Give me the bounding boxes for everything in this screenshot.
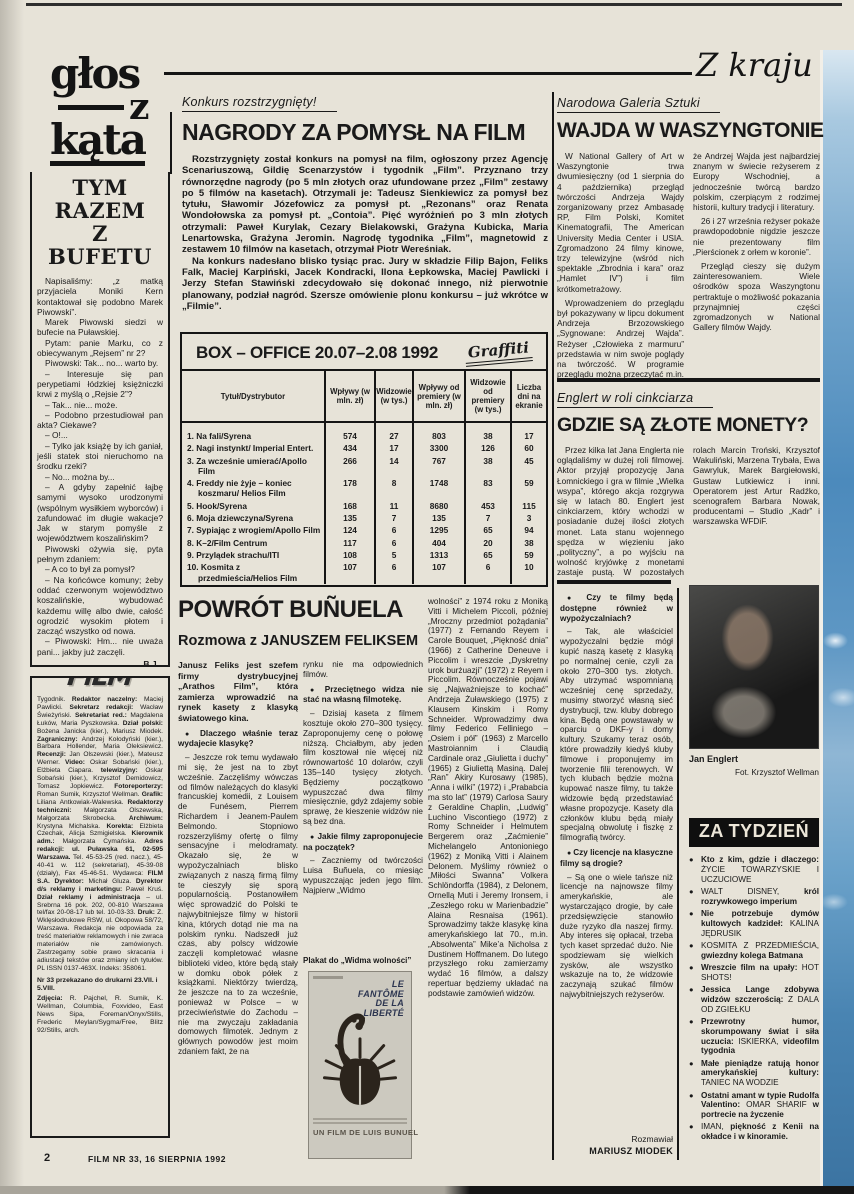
list-item: KOSMITA Z PRZEDMIEŚCIA, gwiezdny kolega … [689, 941, 819, 961]
cell-wplywy: 574 [324, 423, 374, 442]
cell-widzowie-premiera: 38 [464, 455, 510, 478]
felieton-title-line: Z BUFETU [37, 222, 163, 268]
cell-widzowie-premiera: 453 [464, 500, 510, 512]
cell-widzowie-premiera: 38 [464, 423, 510, 442]
list-item: Nie potrzebuje dymów kultowych kadzideł:… [689, 909, 819, 938]
article-body: W National Gallery of Art w Waszyngtonie… [557, 151, 820, 388]
column-rule [170, 112, 172, 174]
list-item: Jessica Lange zdobywa widzów szczerością… [689, 985, 819, 1014]
interview-column-4-text: Czy te filmy będą dostępne również w wyp… [560, 593, 673, 1000]
cell-title: 6. Moja dziewczyna/Syrena [182, 512, 324, 524]
logo-word-glos: głos [50, 54, 168, 94]
table: Tytuł/DystrybutorWpływy (w mln. zł)Widzo… [182, 371, 546, 584]
cell-title: 3. Za wcześnie umierać/Apollo Film [182, 455, 324, 478]
table-title: BOX – OFFICE 20.07–2.08 1992 [196, 343, 438, 363]
interview-header: POWRÓT BUÑUELA Rozmowa z JANUSZEM FELIKS… [178, 596, 426, 649]
kicker: Englert w roli cinkciarza [557, 391, 713, 408]
cell-dni: 45 [510, 455, 546, 478]
issue-line: FILM NR 33, 16 SIERPNIA 1992 [88, 1154, 226, 1164]
paragraph: – Tak, ale właściciel wypożyczalni będzi… [560, 627, 673, 843]
section-label: Z kraju [696, 46, 813, 84]
cell-dni: 10 [510, 561, 546, 584]
photo-caption: Jan Englert Fot. Krzysztof Wellman [689, 754, 819, 777]
article-body: Przez kilka lat Jana Englerta nie ogląda… [557, 445, 820, 583]
cell-title: 8. K–2/Film Centrum [182, 537, 324, 549]
scan-edge-bottom [0, 1186, 854, 1194]
felieton-title: TYMRAZEMZ BUFETU [37, 176, 163, 268]
interview-subtitle: Rozmowa z JANUSZEM FELIKSEM [178, 633, 426, 649]
kicker: Narodowa Galeria Sztuki [557, 96, 720, 113]
paragraph: – A gdyby zapełnić łajbę samymi wysoko u… [37, 482, 163, 544]
paragraph: Przeciętnego widza nie stać na własną fi… [303, 685, 423, 706]
cell-wplywy-premiera: 1313 [412, 549, 464, 561]
felieton-title-line: TYM [37, 176, 163, 199]
article-wajda: Narodowa Galeria Sztuki WAJDA W WASZYNGT… [557, 94, 820, 388]
jan-englert-photo [689, 585, 819, 749]
cell-title: 10. Kosmita z przedmieścia/Helios Film [182, 561, 324, 584]
cell-wplywy-premiera: 803 [412, 423, 464, 442]
cell-widzowie: 11 [374, 500, 412, 512]
magazine-page-scan: głos z kąta Z kraju TYMRAZEMZ BUFETU Nap… [0, 0, 854, 1194]
interview-column-2: rynku nie ma odpowiednich filmów.Przecię… [303, 660, 423, 950]
cell-wplywy-premiera: 404 [412, 537, 464, 549]
masthead-box: FiLM Tygodnik. Redaktor naczelny: Maciej… [30, 676, 170, 1138]
za-tydzien-box: ZA TYDZIEŃ Kto z kim, gdzie i dlaczego: … [689, 818, 819, 1145]
cell-widzowie-premiera: 6 [464, 561, 510, 584]
za-tydzien-list: Kto z kim, gdzie i dlaczego: ŻYCIE TOWAR… [689, 855, 819, 1142]
poster-credits-lines [313, 1118, 407, 1124]
box-office-table: BOX – OFFICE 20.07–2.08 1992 Graffiti Ty… [180, 332, 548, 587]
cell-wplywy: 168 [324, 500, 374, 512]
paragraph: W National Gallery of Art w Waszyngtonie… [557, 151, 684, 294]
article-body: Rozstrzygnięty został konkurs na pomysł … [182, 154, 548, 312]
paragraph: Pytam: panie Marku, co z obiecywanym „Re… [37, 338, 163, 359]
cell-wplywy: 178 [324, 477, 374, 500]
paragraph: – O!... [37, 430, 163, 440]
masthead-text: Tygodnik. Redaktor naczelny: Maciej Pawl… [37, 696, 163, 973]
cell-wplywy-premiera: 3300 [412, 442, 464, 454]
paragraph: Przez kilka lat Jana Englerta nie ogląda… [557, 445, 820, 583]
paragraph: – Tylko jak książę by ich ganiał, jeśli … [37, 441, 163, 472]
cell-title: 4. Freddy nie żyje – koniec koszmaru/ He… [182, 477, 324, 500]
cell-wplywy: 124 [324, 524, 374, 536]
cell-wplywy-premiera: 8680 [412, 500, 464, 512]
photo-credit: Fot. Krzysztof Wellman [689, 768, 819, 777]
list-item: Przewrotny humor, skorumpowany świat i s… [689, 1017, 819, 1056]
headline-monety: GDZIE SĄ ZŁOTE MONETY? [557, 414, 820, 437]
poster-figure-statue-icon [317, 1005, 403, 1115]
poster-title: LEFANTÔMEDE LALIBERTÉ [358, 980, 404, 1018]
film-logo: FiLM [59, 676, 141, 692]
column-header: Liczba dni na ekranie [510, 371, 546, 423]
paragraph: – No... można by... [37, 472, 163, 482]
list-item: WALT DISNEY, król rozrywkowego imperium [689, 887, 819, 907]
cell-widzowie-premiera: 20 [464, 537, 510, 549]
cell-dni: 59 [510, 477, 546, 500]
interview-column-4: Czy te filmy będą dostępne również w wyp… [560, 588, 673, 1160]
cell-wplywy-premiera: 767 [412, 455, 464, 478]
cell-widzowie-premiera: 65 [464, 524, 510, 536]
column-rule [677, 588, 679, 1160]
paragraph: Janusz Feliks jest szefem firmy dystrybu… [178, 660, 298, 724]
article-monety: Englert w roli cinkciarza GDZIE SĄ ZŁOTE… [557, 389, 820, 583]
kicker: Konkurs rozstrzygnięty! [182, 95, 337, 112]
paragraph: – Zaczniemy od twórczości Luisa Buñuela,… [303, 856, 423, 895]
list-item: Małe pieniądze ratują honor amerykańskie… [689, 1059, 819, 1088]
cell-wplywy: 135 [324, 512, 374, 524]
paragraph: Piwowski: Tak... no... warto by. [37, 358, 163, 368]
cell-widzowie: 14 [374, 455, 412, 478]
paragraph: Przegląd cieszy się dużym zainteresowani… [693, 261, 820, 332]
cell-dni: 115 [510, 500, 546, 512]
cell-widzowie: 5 [374, 549, 412, 561]
paragraph: – Interesuje się pan perypetiami łódzkie… [37, 369, 163, 400]
paragraph: Marek Piwowski siedzi w bufecie na Puław… [37, 317, 163, 338]
column-header: Tytuł/Dystrybutor [182, 371, 324, 423]
masthead-photo-credits: Zdjęcia: R. Pajchel, R. Sumik, K. Wellma… [37, 995, 163, 1035]
page-number: 2 [44, 1152, 50, 1164]
cell-dni: 38 [510, 537, 546, 549]
column-header: Wpływy od premiery (w mln. zł) [412, 371, 464, 423]
paragraph: – Dzisiaj kaseta z filmem kosztuje około… [303, 709, 423, 827]
logo-word-kata: kąta [50, 120, 145, 166]
interview-column-3: wolności” z 1974 roku z Moniką Vitti i M… [428, 597, 548, 1160]
closing-label: Rozmawiał [560, 1134, 673, 1144]
cell-widzowie: 6 [374, 524, 412, 536]
next-page-edge-photo [820, 50, 854, 1186]
article-nagrody: Konkurs rozstrzygnięty! NAGRODY ZA POMYS… [182, 93, 548, 312]
cell-widzowie: 17 [374, 442, 412, 454]
masthead-print-note: Nr 33 przekazano do drukarni 23.VII. i 5… [37, 977, 163, 993]
cell-widzowie: 6 [374, 537, 412, 549]
paragraph: 26 i 27 września reżyser pokaże prawdopo… [693, 216, 820, 257]
paragraph: – Tak... nie... może. [37, 400, 163, 410]
cell-wplywy-premiera: 107 [412, 561, 464, 584]
za-tydzien-title: ZA TYDZIEŃ [689, 818, 819, 847]
paragraph: Czy licencje na klasyczne filmy są drogi… [560, 848, 673, 869]
paragraph: – Są one o wiele tańsze niż licencje na … [560, 873, 673, 1000]
cell-title: 1. Na fali/Syrena [182, 423, 324, 442]
cell-dni: 60 [510, 442, 546, 454]
felieton-column-box: TYMRAZEMZ BUFETU Napisaliśmy: „z matką p… [30, 172, 170, 667]
graffiti-logo: Graffiti [464, 338, 533, 367]
cell-dni: 94 [510, 524, 546, 536]
cell-wplywy-premiera: 1748 [412, 477, 464, 500]
cell-widzowie-premiera: 7 [464, 512, 510, 524]
list-item: Ostatni amant w typie Rudolfa Valentino:… [689, 1091, 819, 1120]
paragraph: – Na końcówce komuny; żeby oddać czerwon… [37, 575, 163, 637]
headline-wajda: WAJDA W WASZYNGTONIE [557, 119, 820, 143]
poster-caption: Plakat do „Widma wolności” [303, 956, 423, 965]
logo-dash [58, 105, 124, 110]
column-rule [552, 92, 554, 1160]
paragraph: – Jeszcze rok temu wydawało mi się, że j… [178, 753, 298, 1057]
list-item: Wreszcie film na upały: HOT SHOTS! [689, 963, 819, 983]
cell-widzowie: 6 [374, 561, 412, 584]
column-header: Widzowie od premiery (w tys.) [464, 371, 510, 423]
cell-dni: 17 [510, 423, 546, 442]
cell-dni: 3 [510, 512, 546, 524]
headline-nagrody: NAGRODY ZA POMYSŁ NA FILM [182, 119, 548, 146]
cell-wplywy: 266 [324, 455, 374, 478]
cell-widzowie-premiera: 65 [464, 549, 510, 561]
paragraph: Dlaczego właśnie teraz wydajecie klasykę… [178, 729, 298, 750]
cell-wplywy: 108 [324, 549, 374, 561]
felieton-body: Napisaliśmy: „z matką przyjaciela Moniki… [37, 276, 163, 657]
cell-widzowie-premiera: 83 [464, 477, 510, 500]
cell-wplywy: 434 [324, 442, 374, 454]
photo-caption-name: Jan Englert [689, 754, 819, 764]
paragraph: – A co to był za pomysł? [37, 564, 163, 574]
header-rule [164, 72, 692, 75]
felieton-title-line: RAZEM [37, 199, 163, 222]
list-item: IMAN, piękność z Kenii na okładce i w ki… [689, 1122, 819, 1142]
cell-dni: 59 [510, 549, 546, 561]
paragraph: – Piwowski: Hm... nie uważa pani... jakb… [37, 636, 163, 657]
paragraph: rynku nie ma odpowiednich filmów. [303, 660, 423, 680]
cell-wplywy: 117 [324, 537, 374, 549]
cell-wplywy: 107 [324, 561, 374, 584]
glos-z-kata-logo: głos z kąta [50, 54, 168, 166]
paragraph: Napisaliśmy: „z matką przyjaciela Moniki… [37, 276, 163, 317]
cell-title: 5. Hook/Syrena [182, 500, 324, 512]
paragraph: wolności” z 1974 roku z Moniką Vitti i M… [428, 597, 548, 999]
poster-credits-line [313, 976, 343, 979]
paragraph: Czy te filmy będą dostępne również w wyp… [560, 593, 673, 623]
paragraph: Piwowski ożywia się, pyta pełnym zdaniem… [37, 544, 163, 565]
column-header: Widzowie (w tys.) [374, 371, 412, 423]
paragraph: – Podobno przestudiował pan akta? Ciekaw… [37, 410, 163, 431]
cell-title: 9. Przylądek strachu/ITI [182, 549, 324, 561]
headline-bunuel: POWRÓT BUÑUELA [178, 596, 426, 624]
cell-wplywy-premiera: 135 [412, 512, 464, 524]
interview-closing: Rozmawiał MARIUSZ MIODEK [560, 1134, 673, 1156]
cell-title: 2. Nagi instynkt/ Imperial Entert. [182, 442, 324, 454]
list-item: Kto z kim, gdzie i dlaczego: ŻYCIE TOWAR… [689, 855, 819, 884]
interview-column-1: Janusz Feliks jest szefem firmy dystrybu… [178, 660, 298, 1160]
cell-wplywy-premiera: 1295 [412, 524, 464, 536]
column-header: Wpływy (w mln. zł) [324, 371, 374, 423]
cell-title: 7. Sypiając z wrogiem/Apollo Film [182, 524, 324, 536]
cell-widzowie-premiera: 126 [464, 442, 510, 454]
scan-edge-top [26, 3, 842, 6]
poster-credit: UN FILM DE LUIS BUNUEL [313, 1128, 407, 1137]
paragraph: Rozstrzygnięty został konkurs na pomysł … [182, 154, 548, 256]
author-initials: B.J. [37, 657, 163, 667]
table-header-bar: BOX – OFFICE 20.07–2.08 1992 Graffiti [182, 334, 546, 371]
scan-edge-left [0, 0, 24, 1194]
cell-widzowie: 7 [374, 512, 412, 524]
paragraph: Jakie filmy zaproponujecie na początek? [303, 832, 423, 853]
cell-widzowie: 27 [374, 423, 412, 442]
paragraph: Na konkurs nadesłano blisko tysiąc prac.… [182, 256, 548, 312]
closing-author: MARIUSZ MIODEK [560, 1146, 673, 1156]
cell-widzowie: 8 [374, 477, 412, 500]
movie-poster: LEFANTÔMEDE LALIBERTÉ UN FILM DE LUIS BU… [308, 971, 412, 1159]
